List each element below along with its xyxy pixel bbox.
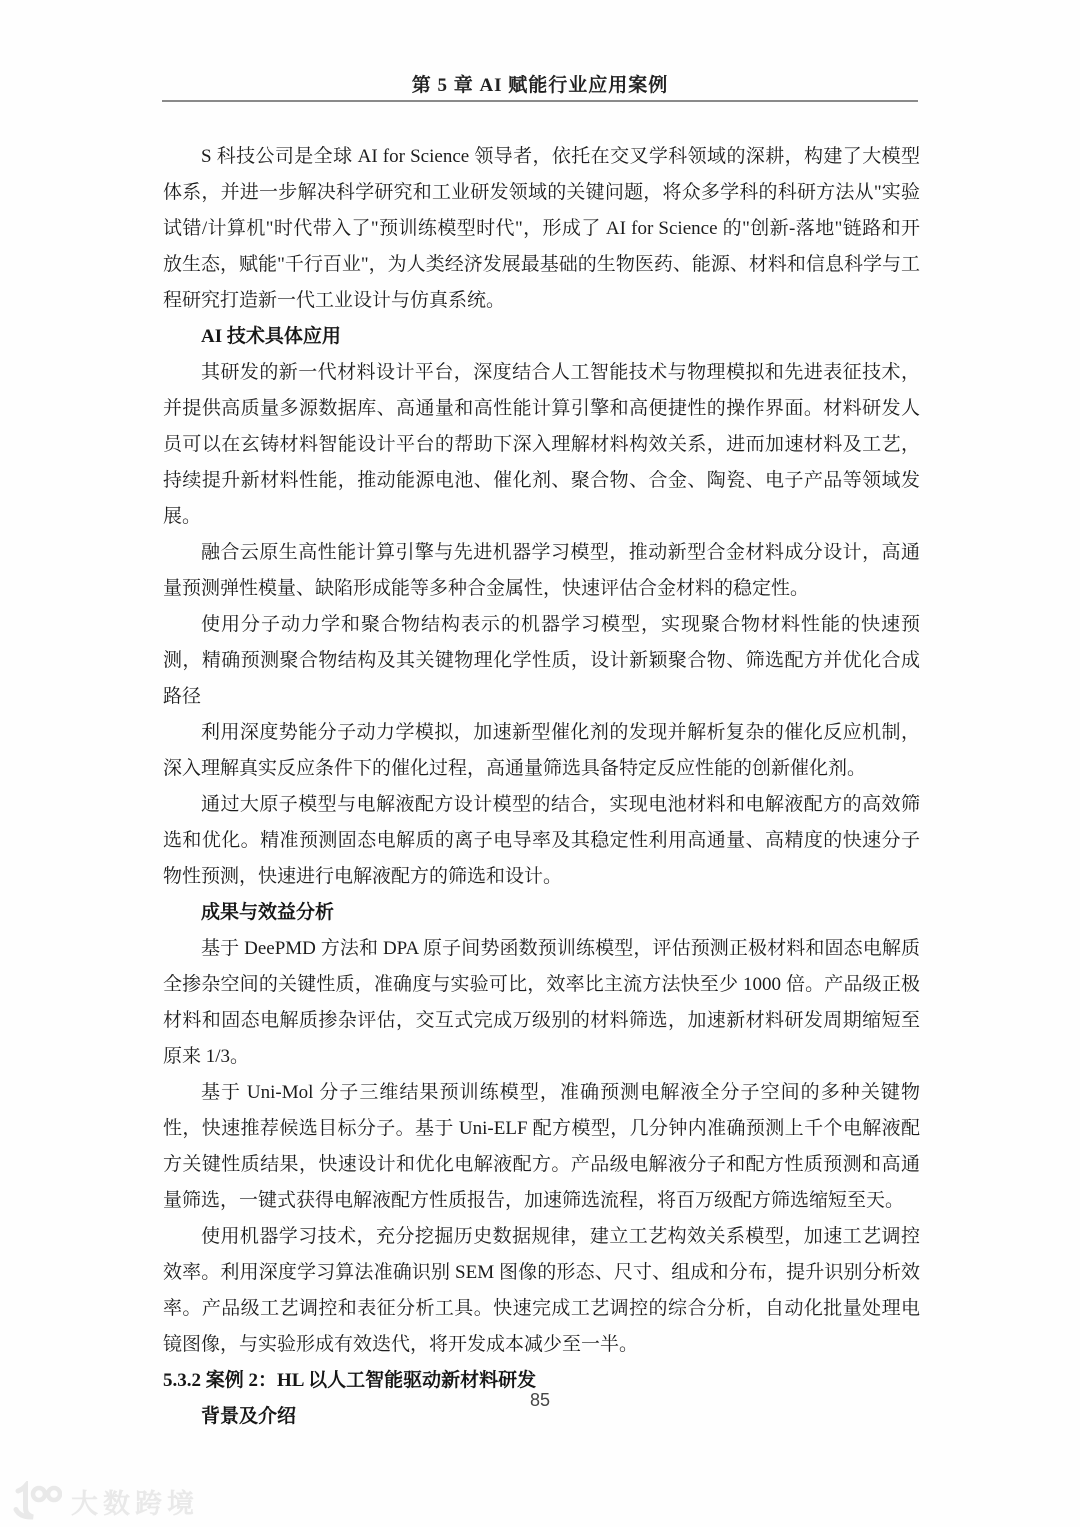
paragraph-electrolyte: 通过大原子模型与电解液配方设计模型的结合，实现电池材料和电解液配方的高效筛选和优…: [163, 787, 920, 895]
watermark: 大数跨境: [10, 1481, 199, 1521]
document-page: 第 5 章 AI 赋能行业应用案例 S 科技公司是全球 AI for Scien…: [0, 0, 1080, 1527]
paragraph-unimol: 基于 Uni-Mol 分子三维结果预训练模型，准确预测电解液全分子空间的多种关键…: [163, 1075, 920, 1219]
paragraph-intro: S 科技公司是全球 AI for Science 领导者，依托在交叉学科领域的深…: [163, 139, 920, 319]
watermark-brand-text: 大数跨境: [71, 1482, 199, 1521]
paragraph-platform: 其研发的新一代材料设计平台，深度结合人工智能技术与物理模拟和先进表征技术，并提供…: [163, 355, 920, 535]
paragraph-catalyst: 利用深度势能分子动力学模拟，加速新型催化剂的发现并解析复杂的催化反应机制，深入理…: [163, 715, 920, 787]
paragraph-ml-process: 使用机器学习技术，充分挖掘历史数据规律，建立工艺构效关系模型，加速工艺调控效率。…: [163, 1219, 920, 1363]
paragraph-alloy: 融合云原生高性能计算引擎与先进机器学习模型，推动新型合金材料成分设计，高通量预测…: [163, 535, 920, 607]
chapter-header-title: 第 5 章 AI 赋能行业应用案例: [160, 70, 920, 97]
page-number: 85: [0, 1390, 1080, 1411]
heading-results-benefits: 成果与效益分析: [163, 895, 920, 931]
page-body: S 科技公司是全球 AI for Science 领导者，依托在交叉学科领域的深…: [163, 139, 920, 1435]
brand-100-logo-icon: [10, 1481, 62, 1521]
heading-ai-applications: AI 技术具体应用: [163, 319, 920, 355]
paragraph-polymer: 使用分子动力学和聚合物结构表示的机器学习模型，实现聚合物材料性能的快速预测，精确…: [163, 607, 920, 715]
header-rule: [162, 100, 918, 102]
paragraph-deepmd: 基于 DeePMD 方法和 DPA 原子间势函数预训练模型，评估预测正极材料和固…: [163, 931, 920, 1075]
